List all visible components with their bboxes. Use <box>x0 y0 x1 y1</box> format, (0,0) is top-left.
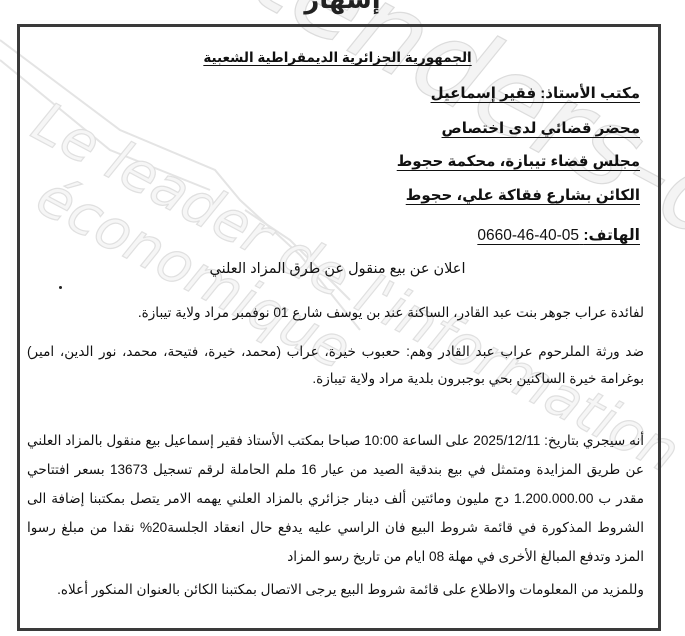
auction-details-paragraph: أنه سيجري بتاريخ: 2025/12/11 على الساعة … <box>27 426 644 571</box>
contact-paragraph: وللمزيد من المعلومات والاطلاع على قائمة … <box>27 576 644 604</box>
stray-dot <box>59 286 62 289</box>
phone-label: الهاتف: <box>583 227 640 244</box>
role-line: محضر قضائي لدى اختصاص <box>442 119 640 137</box>
announcement-title: اعلان عن بيع منقول عن طرق المزاد العلني <box>17 261 658 277</box>
defendants-paragraph: ضد ورثة الملرحوم عراب عبد القادر وهم: حع… <box>27 338 644 392</box>
beneficiary-paragraph: لفائدة عراب جوهر بنت عبد القادر، الساكنة… <box>27 298 644 327</box>
announcement-content: الجمهورية الجزائرية الديمقراطية الشعبية … <box>17 24 658 628</box>
address-line: الكائن بشارع فقاكة علي، حجوط <box>406 186 640 204</box>
office-line: مكتب الأستاذ: فقير إسماعيل <box>431 84 640 102</box>
phone-number: 0660-46-40-05 <box>477 227 579 244</box>
republic-header: الجمهورية الجزائرية الديمقراطية الشعبية <box>17 50 658 66</box>
jurisdiction-line: مجلس قضاء تيبازة، محكمة حجوط <box>397 152 640 170</box>
top-title: إشهار <box>0 0 685 15</box>
phone-line: الهاتف: 0660-46-40-05 <box>477 226 640 245</box>
